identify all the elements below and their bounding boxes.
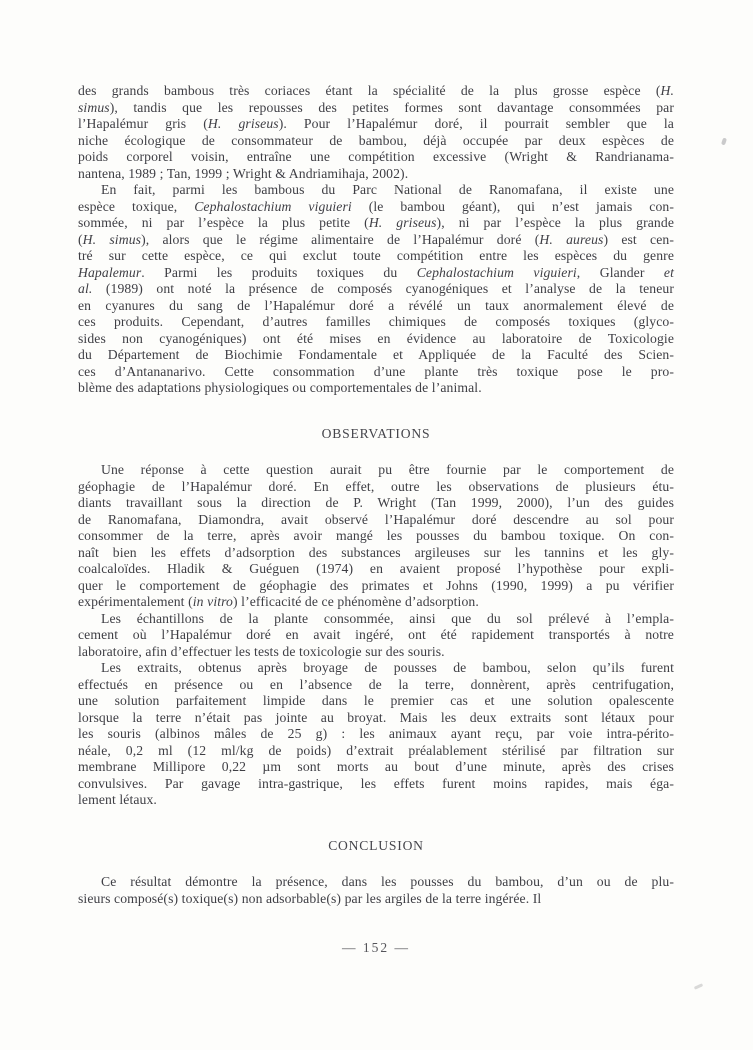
section-heading: OBSERVATIONS [78, 426, 674, 443]
text-line: ces produits. Cependant, d’autres famill… [78, 314, 674, 331]
scan-speck [721, 138, 727, 146]
text-line: blème des adaptations physiologiques ou … [78, 380, 674, 397]
text-line: une solution parfaitement limpide dans l… [78, 693, 674, 710]
text-line: convulsives. Par gavage intra-gastrique,… [78, 776, 674, 793]
text-line: naît bien les effets d’adsorption des su… [78, 545, 674, 562]
text-line: simus), tandis que les repousses des pet… [78, 100, 674, 117]
text-line: espèce toxique, Cephalostachium viguieri… [78, 199, 674, 216]
text-line: Une réponse à cette question aurait pu ê… [78, 462, 674, 479]
scanned-document-page: des grands bambous très coriaces étant l… [0, 0, 753, 1050]
text-line: niche écologique de consommateur de bamb… [78, 133, 674, 150]
text-line: sieurs composé(s) toxique(s) non adsorba… [78, 891, 674, 908]
text-line: l’Hapalémur gris (H. griseus). Pour l’Ha… [78, 116, 674, 133]
text-line: de Ranomafana, Diamondra, avait observé … [78, 512, 674, 529]
text-line: membrane Millipore 0,22 µm sont morts au… [78, 759, 674, 776]
page-number: — 152 — [78, 940, 674, 956]
text-line: cement où l’Hapalémur doré en avait ingé… [78, 627, 674, 644]
text-line: Hapalemur. Parmi les produits toxiques d… [78, 265, 674, 282]
text-line: sommée, ni par l’espèce la plus petite (… [78, 215, 674, 232]
section-heading: CONCLUSION [78, 838, 674, 855]
text-line: ces d’Antananarivo. Cette consommation d… [78, 364, 674, 381]
paragraph: En fait, parmi les bambous du Parc Natio… [78, 182, 674, 397]
text-line: poids corporel voisin, entraîne une comp… [78, 149, 674, 166]
paragraph: Les échantillons de la plante consommée,… [78, 611, 674, 661]
paragraph: Une réponse à cette question aurait pu ê… [78, 462, 674, 611]
text-line: nantena, 1989 ; Tan, 1999 ; Wright & And… [78, 166, 674, 183]
text-line: les souris (albinos mâles de 25 g) : les… [78, 726, 674, 743]
paragraph: Ce résultat démontre la présence, dans l… [78, 874, 674, 907]
text-line: En fait, parmi les bambous du Parc Natio… [78, 182, 674, 199]
text-line: géophagie de l’Hapalémur doré. En effet,… [78, 479, 674, 496]
text-line: néale, 0,2 ml (12 ml/kg de poids) d’extr… [78, 743, 674, 760]
text-line: quer le comportement de géophagie des pr… [78, 578, 674, 595]
text-line: al. (1989) ont noté la présence de compo… [78, 281, 674, 298]
text-line: expérimentalement (in vitro) l’efficacit… [78, 594, 674, 611]
text-line: lement létaux. [78, 792, 674, 809]
text-line: Ce résultat démontre la présence, dans l… [78, 874, 674, 891]
text-line: coalcaloïdes. Hladik & Guéguen (1974) en… [78, 561, 674, 578]
text-line: effectués en présence ou en l’absence de… [78, 677, 674, 694]
text-line: laboratoire, afin d’effectuer les tests … [78, 644, 674, 661]
text-column: des grands bambous très coriaces étant l… [78, 83, 674, 907]
text-line: consommer de la terre, après avoir mangé… [78, 528, 674, 545]
text-line: Les extraits, obtenus après broyage de p… [78, 660, 674, 677]
text-line: lorsque la terre n’était pas jointe au b… [78, 710, 674, 727]
text-line: sides non cyanogéniques) ont été mises e… [78, 331, 674, 348]
scan-speck [694, 983, 703, 990]
text-line: Les échantillons de la plante consommée,… [78, 611, 674, 628]
text-line: diants travaillant sous la direction de … [78, 495, 674, 512]
text-line: tré sur cette espèce, ce qui exclut tout… [78, 248, 674, 265]
paragraph: Les extraits, obtenus après broyage de p… [78, 660, 674, 809]
text-line: en cyanures du sang de l’Hapalémur doré … [78, 298, 674, 315]
text-line: (H. simus), alors que le régime alimenta… [78, 232, 674, 249]
paragraph: des grands bambous très coriaces étant l… [78, 83, 674, 182]
text-line: des grands bambous très coriaces étant l… [78, 83, 674, 100]
text-line: du Département de Biochimie Fondamentale… [78, 347, 674, 364]
